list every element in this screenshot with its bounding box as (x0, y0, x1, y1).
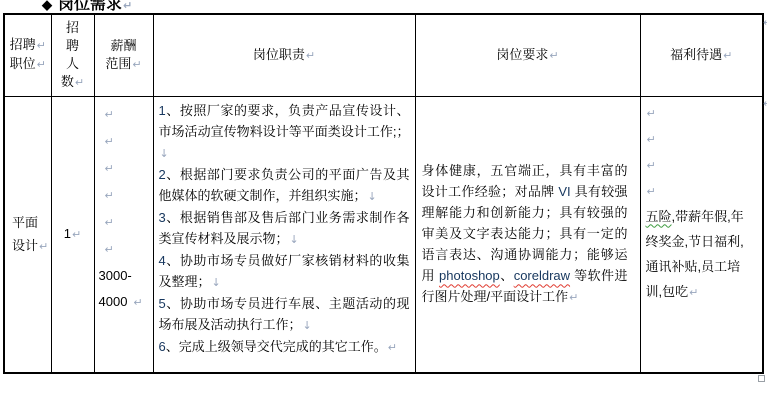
linebreak-mark: ↓ (159, 147, 169, 160)
list-item: 3、根据销售部及售后部门业务需求制作各类宣传材料及展示物；↓ (159, 207, 410, 250)
text: 、协助市场专员做好厂家核销材料的收集及整理； (159, 253, 410, 289)
header-cell-requirements: 岗位要求↵ (415, 14, 640, 96)
text-line: 1↵ (53, 222, 93, 246)
paragraph-mark: ↵ (71, 228, 81, 241)
text: 、完成上级领导交代完成的其它工作。 (166, 339, 387, 354)
table-row: 平面设计↵1↵↵↵↵↵↵↵3000-4000↵1、按照厂家的要求，负责产品宣传设… (4, 96, 763, 373)
list-number: 4 (159, 253, 166, 268)
paragraph-mark: ↵ (74, 76, 84, 89)
empty-line: ↵ (99, 128, 152, 155)
cell-salary: ↵↵↵↵↵↵3000-4000↵ (94, 96, 153, 373)
text: 人 (66, 56, 79, 71)
cell-duties: 1、按照厂家的要求，负责产品宣传设计、市场活动宣传物料设计等平面类设计工作;；↓… (153, 96, 415, 373)
list-number: 2 (159, 167, 166, 182)
list-number: 5 (159, 296, 166, 311)
text: 4000 (99, 294, 128, 309)
paragraph-mark: ↵ (387, 341, 397, 354)
empty-line: ↵ (99, 182, 152, 209)
text: 1 (64, 226, 71, 241)
section-title: ◆岗位需求↵ (42, 0, 132, 14)
text: 、协助市场专员进行车展、主题活动的现场布展及活动执行工作； (159, 296, 410, 332)
text-line: 岗位职责↵ (154, 46, 415, 65)
paragraph-mark: ↵ (722, 49, 732, 62)
text-segment: photoshop (439, 268, 500, 283)
text-segment: 、 (500, 268, 514, 283)
paragraph-mark: ↵ (36, 58, 46, 71)
text-line: 聘 (52, 37, 94, 55)
paragraph: 身体健康，五官端正，具有丰富的设计工作经验；对品牌 VI 具有较强理解能力和创新… (422, 160, 628, 308)
text: 聘 (66, 38, 79, 53)
text: 岗位要求 (496, 47, 548, 62)
text: 职位 (10, 56, 36, 71)
text-line: 人 (52, 55, 94, 73)
cell-requirements: 身体健康，五官端正，具有丰富的设计工作经验；对品牌 VI 具有较强理解能力和创新… (415, 96, 640, 373)
text: 招 (66, 20, 79, 35)
linebreak-mark: ↓ (367, 190, 377, 203)
table-end-mark (758, 375, 765, 382)
text: 招聘 (10, 37, 36, 52)
paragraph-mark: ↵ (99, 243, 114, 256)
text: 薪酬 (110, 38, 136, 53)
row-end-mark: ↵ (763, 97, 767, 110)
cell-headcount: 1↵ (51, 96, 94, 373)
text-segment: 五险 (646, 209, 672, 224)
text-line: 4000↵ (99, 289, 152, 316)
header-cell-duties: 岗位职责↵ (153, 14, 415, 96)
text-line: 招 (52, 19, 94, 37)
paragraph-mark: ↵ (99, 108, 114, 121)
paragraph-mark: ↵ (36, 39, 46, 52)
text: 、根据销售部及售后部门业务需求制作各类宣传材料及展示物； (159, 210, 410, 246)
text-line: 福利待遇↵ (641, 46, 763, 65)
section-title-text: 岗位需求 (58, 0, 122, 13)
text-line: 数↵ (52, 73, 94, 92)
text-line: 薪酬 (95, 37, 153, 55)
paragraph-mark: ↵ (99, 135, 114, 148)
cell-position: 平面设计↵ (4, 96, 51, 373)
list-number: 3 (159, 210, 166, 225)
header-cell-benefits: 福利待遇↵ (640, 14, 763, 96)
list-item: 6、完成上级领导交代完成的其它工作。↵ (159, 336, 410, 358)
text: 数 (61, 74, 74, 89)
paragraph-mark: ↵ (646, 133, 656, 146)
paragraph-mark: ↵ (131, 58, 141, 71)
header-cell-salary: 薪酬范围↵ (94, 14, 153, 96)
list-item: 4、协助市场专员做好厂家核销材料的收集及整理；↓ (159, 250, 410, 293)
paragraph-mark: ↵ (688, 286, 698, 299)
header-cell-position: 招聘↵职位↵ (4, 14, 51, 96)
job-requirements-table: 招聘↵职位↵招聘人数↵薪酬范围↵岗位职责↵岗位要求↵福利待遇↵ 平面设计↵1↵↵… (3, 13, 764, 374)
cell-benefits: ↵↵↵↵五险,带薪年假,年终奖金,节日福利,通讯补贴,员工培训,包吃↵ (640, 96, 763, 373)
text-segment: VI (558, 184, 570, 199)
text-line: 岗位要求↵ (416, 46, 640, 65)
empty-line: ↵ (99, 236, 152, 263)
paragraph-mark: ↵ (548, 49, 558, 62)
text: 设计 (12, 238, 38, 253)
linebreak-mark: ↓ (302, 319, 312, 332)
paragraph-mark: ↵ (99, 162, 114, 175)
document-page: ◆岗位需求↵ 招聘↵职位↵招聘人数↵薪酬范围↵岗位职责↵岗位要求↵福利待遇↵ 平… (0, 0, 767, 401)
list-number: 6 (159, 339, 166, 354)
text: 福利待遇 (670, 47, 722, 62)
empty-line: ↵ (99, 209, 152, 236)
paragraph-mark: ↵ (122, 0, 132, 12)
header-cell-headcount: 招聘人数↵ (51, 14, 94, 96)
linebreak-mark: ↓ (211, 276, 221, 289)
empty-line: ↵ (99, 155, 152, 182)
text: 3000- (99, 268, 132, 283)
table-header-row: 招聘↵职位↵招聘人数↵薪酬范围↵岗位职责↵岗位要求↵福利待遇↵ (4, 14, 763, 96)
list-number: 1 (159, 103, 166, 118)
paragraph-mark: ↵ (646, 185, 656, 198)
text-line: 3000- (99, 263, 152, 289)
list-item: 2、根据部门要求负责公司的平面广告及其他媒体的软硬文制作，并组织实施；↓ (159, 164, 410, 207)
empty-line: ↵ (99, 101, 152, 128)
paragraph-mark: ↵ (646, 159, 656, 172)
paragraph-mark: ↵ (646, 107, 656, 120)
paragraph: 五险,带薪年假,年终奖金,节日福利,通讯补贴,员工培训,包吃↵ (646, 204, 750, 305)
paragraph-mark: ↵ (38, 240, 48, 253)
text: 、按照厂家的要求，负责产品宣传设计、市场活动宣传物料设计等平面类设计工作;； (159, 103, 410, 139)
paragraph-mark: ↵ (127, 296, 142, 309)
diamond-bullet-icon: ◆ (42, 0, 52, 12)
paragraph-mark: ↵ (99, 216, 114, 229)
paragraph-mark: ↵ (568, 291, 578, 304)
text: 岗位职责 (253, 47, 305, 62)
paragraph-mark: ↵ (305, 49, 315, 62)
text-line: 设计↵ (12, 234, 51, 258)
text-line: 范围↵ (95, 55, 153, 74)
text-line: 平面 (12, 211, 51, 234)
list-item: 1、按照厂家的要求，负责产品宣传设计、市场活动宣传物料设计等平面类设计工作;；↓ (159, 100, 410, 164)
paragraph-mark: ↵ (99, 189, 114, 202)
row-end-mark: ↵ (763, 16, 767, 29)
text-line: 招聘↵ (5, 36, 51, 55)
list-item: 5、协助市场专员进行车展、主题活动的现场布展及活动执行工作；↓ (159, 293, 410, 336)
text: 范围 (105, 56, 131, 71)
empty-line: ↵ (646, 100, 750, 126)
empty-line: ↵ (646, 152, 750, 178)
text-segment: coreldraw (514, 268, 570, 283)
empty-line: ↵ (646, 126, 750, 152)
text-line: 职位↵ (5, 55, 51, 74)
linebreak-mark: ↓ (289, 233, 299, 246)
empty-line: ↵ (646, 178, 750, 204)
text: 平面 (12, 215, 38, 230)
